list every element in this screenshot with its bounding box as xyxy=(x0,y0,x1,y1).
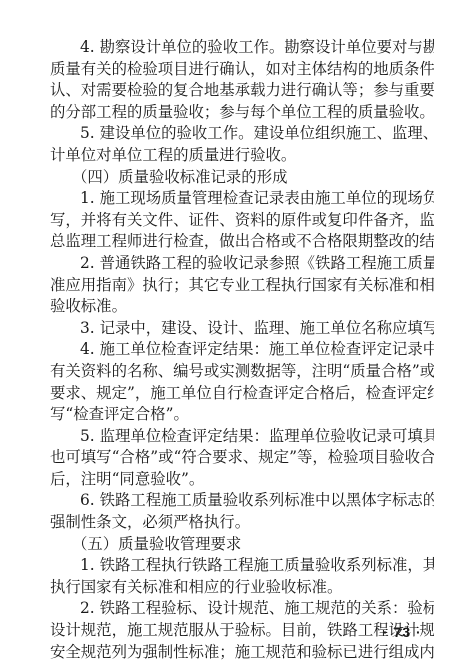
text-line: 6. 铁路工程施工质量验收系列标准中以黑体字标志的条文为 xyxy=(50,490,434,512)
text-line: 1. 施工现场质量管理检查记录表由施工单位的现场负责人填 xyxy=(50,188,434,210)
text-line: （四）质量验收标准记录的形成 xyxy=(50,167,434,189)
text-line: 准应用指南》执行；其它专业工程执行国家有关标准和相应的行业 xyxy=(50,275,434,297)
text-line: 2. 普通铁路工程的验收记录参照《铁路工程施工质量验收标 xyxy=(50,253,434,275)
text-line: 安全规范列为强制性标准；施工规范和验标已进行组成内容的调 xyxy=(50,642,434,664)
text-line: 写，并将有关文件、证件、资料的原件或复印件备齐，监理单位的 xyxy=(50,210,434,232)
document-body: 4. 勘察设计单位的验收工作。勘察设计单位要对与勘察设计质量有关的检验项目进行确… xyxy=(50,37,434,663)
text-line: 4. 施工单位检查评定结果：施工单位检查评定记录中，填写 xyxy=(50,339,434,361)
text-line: 总监理工程师进行检查，做出合格或不合格限期整改的结论。 xyxy=(50,231,434,253)
text-line: （五）质量验收管理要求 xyxy=(50,534,434,556)
text-line: 也可填写“合格”或“符合要求、规定”等，检验项目验收合格 xyxy=(50,447,434,469)
text-line: 的分部工程的质量验收；参与每个单位工程的质量验收。 xyxy=(50,102,434,124)
text-line: 5. 监理单位检查评定结果：监理单位验收记录可填具体数据， xyxy=(50,426,434,448)
text-line: 写“检查评定合格”。 xyxy=(50,404,434,426)
text-line: 3. 记录中，建设、设计、监理、施工单位名称应填写全称。 xyxy=(50,318,434,340)
text-line: 有关资料的名称、编号或实测数据等，注明“质量合格”或“符合 xyxy=(50,361,434,383)
text-line: 后，注明“同意验收”。 xyxy=(50,469,434,491)
text-line: 认、对需要检验的复合地基承载力进行确认等；参与重要的、特殊 xyxy=(50,80,434,102)
text-line: 设计规范，施工规范服从于验标。目前，铁路工程设计规范、施工 xyxy=(50,620,434,642)
text-line: 5. 建设单位的验收工作。建设单位组织施工、监理、勘察设 xyxy=(50,123,434,145)
text-line: 验收标准。 xyxy=(50,296,434,318)
text-line: 2. 铁路工程验标、设计规范、施工规范的关系：验标服从于 xyxy=(50,598,434,620)
text-line: 要求、规定”，施工单位自行检查评定合格后，检查评定结果应填 xyxy=(50,383,434,405)
text-line: 4. 勘察设计单位的验收工作。勘察设计单位要对与勘察设计 xyxy=(50,37,434,59)
text-line: 质量有关的检验项目进行确认，如对主体结构的地质条件进行确 xyxy=(50,59,434,81)
text-line: 强制性条文，必须严格执行。 xyxy=(50,512,434,534)
text-line: 1. 铁路工程执行铁路工程施工质量验收系列标准，其它工程 xyxy=(50,555,434,577)
text-line: 执行国家有关标准和相应的行业验收标准。 xyxy=(50,577,434,599)
text-line: 计单位对单位工程的质量进行验收。 xyxy=(50,145,434,167)
page-number: · 73 · xyxy=(383,624,422,640)
